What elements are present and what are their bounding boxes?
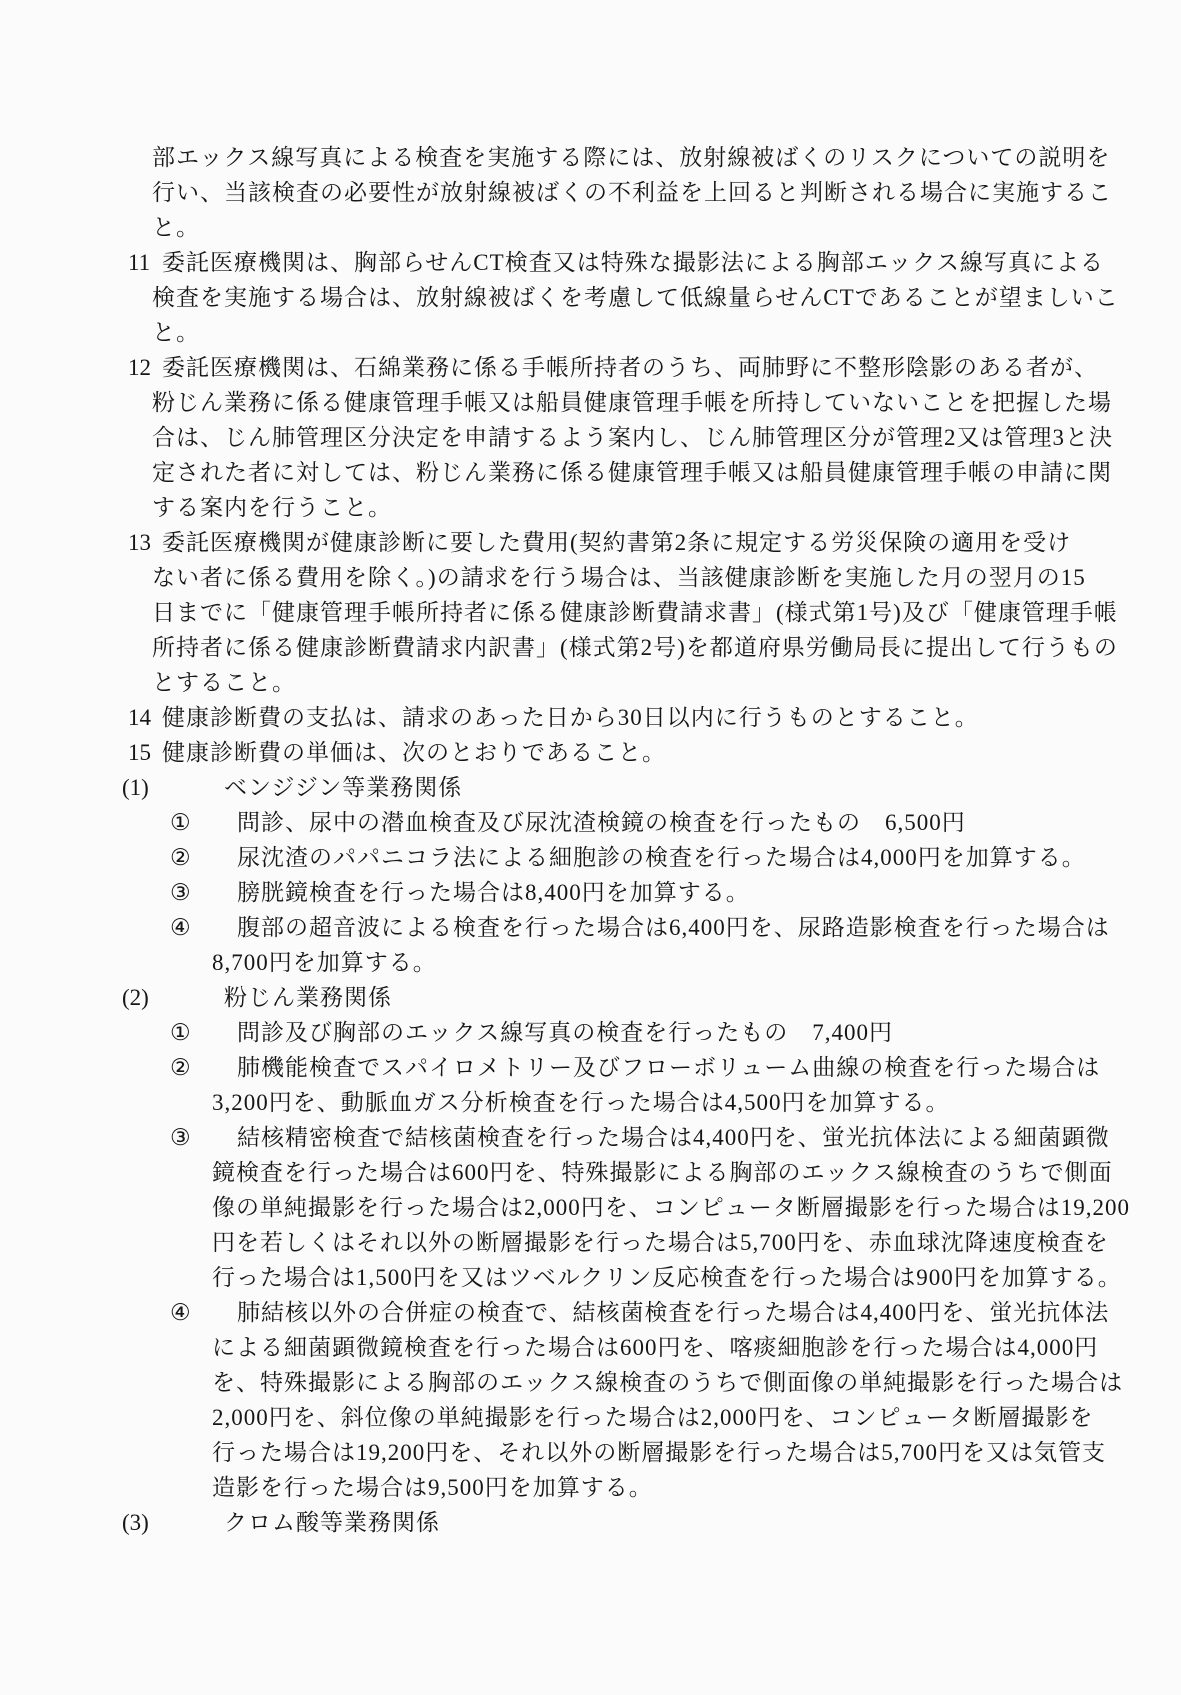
- paragraph: ①問診及び胸部のエックス線写真の検査を行ったもの 7,400円: [140, 1015, 1050, 1050]
- list-marker: 14: [140, 700, 162, 735]
- text-line: する案内を行うこと。: [152, 495, 392, 520]
- text-line: 行った場合は19,200円を、それ以外の断層撮影を行った場合は5,700円を又は…: [212, 1440, 1106, 1465]
- text-line: ベンジジン等業務関係: [224, 775, 462, 800]
- text-line: 委託医療機関は、石綿業務に係る手帳所持者のうち、両肺野に不整形陰影のある者が、: [162, 355, 1098, 380]
- text-line: 腹部の超音波による検査を行った場合は6,400円を、尿路造影検査を行った場合は: [237, 915, 1110, 940]
- text-line: 健康診断費の支払は、請求のあった日から30日以内に行うものとすること。: [162, 705, 979, 730]
- text-line: 委託医療機関は、胸部らせんCT検査又は特殊な撮影法による胸部エックス線写真による: [162, 250, 1104, 275]
- paragraph: (3)クロム酸等業務関係: [140, 1505, 1050, 1540]
- text-line: 鏡検査を行った場合は600円を、特殊撮影による胸部のエックス線検査のうちで側面: [212, 1160, 1113, 1185]
- text-line: 肺結核以外の合併症の検査で、結核菌検査を行った場合は4,400円を、蛍光抗体法: [237, 1300, 1109, 1325]
- text-line: 像の単純撮影を行った場合は2,000円を、コンピュータ断層撮影を行った場合は19…: [212, 1195, 1130, 1220]
- text-line: 2,000円を、斜位像の単純撮影を行った場合は2,000円を、コンピュータ断層撮…: [212, 1405, 1094, 1430]
- list-marker: ①: [191, 805, 237, 840]
- text-line: 検査を実施する場合は、放射線被ばくを考慮して低線量らせんCTであることが望ましい…: [152, 285, 1119, 310]
- paragraph: 13委託医療機関が健康診断に要した費用(契約書第2条に規定する労災保険の適用を受…: [140, 525, 1050, 700]
- list-marker: 15: [140, 735, 162, 770]
- paragraph: ①問診、尿中の潜血検査及び尿沈渣検鏡の検査を行ったもの 6,500円: [140, 805, 1050, 840]
- text-line: 委託医療機関が健康診断に要した費用(契約書第2条に規定する労災保険の適用を受け: [162, 530, 1071, 555]
- list-marker: ②: [191, 1050, 237, 1085]
- document-body: 部エックス線写真による検査を実施する際には、放射線被ばくのリスクについての説明を…: [140, 140, 1050, 1540]
- document-page: 部エックス線写真による検査を実施する際には、放射線被ばくのリスクについての説明を…: [0, 0, 1181, 1695]
- list-marker: (2): [173, 980, 224, 1015]
- paragraph: ④肺結核以外の合併症の検査で、結核菌検査を行った場合は4,400円を、蛍光抗体法…: [140, 1295, 1050, 1505]
- paragraph: (1)ベンジジン等業務関係: [140, 770, 1050, 805]
- text-line: 部エックス線写真による検査を実施する際には、放射線被ばくのリスクについての説明を: [152, 145, 1110, 170]
- list-marker: ③: [191, 1120, 237, 1155]
- text-line: 日までに「健康管理手帳所持者に係る健康診断費請求書」(様式第1号)及び「健康管理…: [152, 600, 1118, 625]
- text-line: 造影を行った場合は9,500円を加算する。: [212, 1475, 653, 1500]
- paragraph: ④腹部の超音波による検査を行った場合は6,400円を、尿路造影検査を行った場合は…: [140, 910, 1050, 980]
- paragraph: ②尿沈渣のパパニコラ法による細胞診の検査を行った場合は4,000円を加算する。: [140, 840, 1050, 875]
- list-marker: ③: [191, 875, 237, 910]
- list-marker: 13: [140, 525, 162, 560]
- list-marker: ②: [191, 840, 237, 875]
- text-line: ない者に係る費用を除く。)の請求を行う場合は、当該健康診断を実施した月の翌月の1…: [152, 565, 1086, 590]
- text-line: 肺機能検査でスパイロメトリー及びフローボリューム曲線の検査を行った場合は: [237, 1055, 1100, 1080]
- text-line: を、特殊撮影による胸部のエックス線検査のうちで側面像の単純撮影を行った場合は: [212, 1370, 1123, 1395]
- text-line: 合は、じん肺管理区分決定を申請するよう案内し、じん肺管理区分が管理2又は管理3と…: [152, 425, 1113, 450]
- paragraph: 11委託医療機関は、胸部らせんCT検査又は特殊な撮影法による胸部エックス線写真に…: [140, 245, 1050, 350]
- text-line: 膀胱鏡検査を行った場合は8,400円を加算する。: [237, 880, 750, 905]
- text-line: 結核精密検査で結核菌検査を行った場合は4,400円を、蛍光抗体法による細菌顕微: [237, 1125, 1110, 1150]
- text-line: クロム酸等業務関係: [224, 1510, 440, 1535]
- paragraph: 部エックス線写真による検査を実施する際には、放射線被ばくのリスクについての説明を…: [140, 140, 1050, 245]
- list-marker: ④: [191, 1295, 237, 1330]
- list-marker: (3): [173, 1505, 224, 1540]
- paragraph: ②肺機能検査でスパイロメトリー及びフローボリューム曲線の検査を行った場合は3,2…: [140, 1050, 1050, 1120]
- text-line: による細菌顕微鏡検査を行った場合は600円を、喀痰細胞診を行った場合は4,000…: [212, 1335, 1098, 1360]
- text-line: 問診及び胸部のエックス線写真の検査を行ったもの 7,400円: [237, 1020, 893, 1045]
- text-line: 定された者に対しては、粉じん業務に係る健康管理手帳又は船員健康管理手帳の申請に関: [152, 460, 1112, 485]
- paragraph: 15健康診断費の単価は、次のとおりであること。: [140, 735, 1050, 770]
- list-marker: ④: [191, 910, 237, 945]
- list-marker: 12: [140, 350, 162, 385]
- list-marker: 11: [140, 245, 162, 280]
- text-line: 粉じん業務関係: [224, 985, 392, 1010]
- text-line: 円を若しくはそれ以外の断層撮影を行った場合は5,700円を、赤血球沈降速度検査を: [212, 1230, 1109, 1255]
- paragraph: (2)粉じん業務関係: [140, 980, 1050, 1015]
- text-line: 行った場合は1,500円を又はツベルクリン反応検査を行った場合は900円を加算す…: [212, 1265, 1122, 1290]
- text-line: 健康診断費の単価は、次のとおりであること。: [162, 740, 666, 765]
- text-line: とすること。: [152, 670, 296, 695]
- list-marker: (1): [173, 770, 224, 805]
- paragraph: ③膀胱鏡検査を行った場合は8,400円を加算する。: [140, 875, 1050, 910]
- paragraph: 12委託医療機関は、石綿業務に係る手帳所持者のうち、両肺野に不整形陰影のある者が…: [140, 350, 1050, 525]
- paragraph: ③結核精密検査で結核菌検査を行った場合は4,400円を、蛍光抗体法による細菌顕微…: [140, 1120, 1050, 1295]
- paragraph: 14健康診断費の支払は、請求のあった日から30日以内に行うものとすること。: [140, 700, 1050, 735]
- text-line: 粉じん業務に係る健康管理手帳又は船員健康管理手帳を所持していないことを把握した場: [152, 390, 1112, 415]
- list-marker: ①: [191, 1015, 237, 1050]
- text-line: 行い、当該検査の必要性が放射線被ばくの不利益を上回ると判断される場合に実施するこ: [152, 180, 1112, 205]
- text-line: 8,700円を加算する。: [212, 950, 437, 975]
- text-line: と。: [152, 215, 200, 240]
- text-line: と。: [152, 320, 200, 345]
- text-line: 3,200円を、動脈血ガス分析検査を行った場合は4,500円を加算する。: [212, 1090, 950, 1115]
- text-line: 問診、尿中の潜血検査及び尿沈渣検鏡の検査を行ったもの 6,500円: [237, 810, 966, 835]
- text-line: 所持者に係る健康診断費請求内訳書」(様式第2号)を都道府県労働局長に提出して行う…: [152, 635, 1118, 660]
- text-line: 尿沈渣のパパニコラ法による細胞診の検査を行った場合は4,000円を加算する。: [237, 845, 1086, 870]
